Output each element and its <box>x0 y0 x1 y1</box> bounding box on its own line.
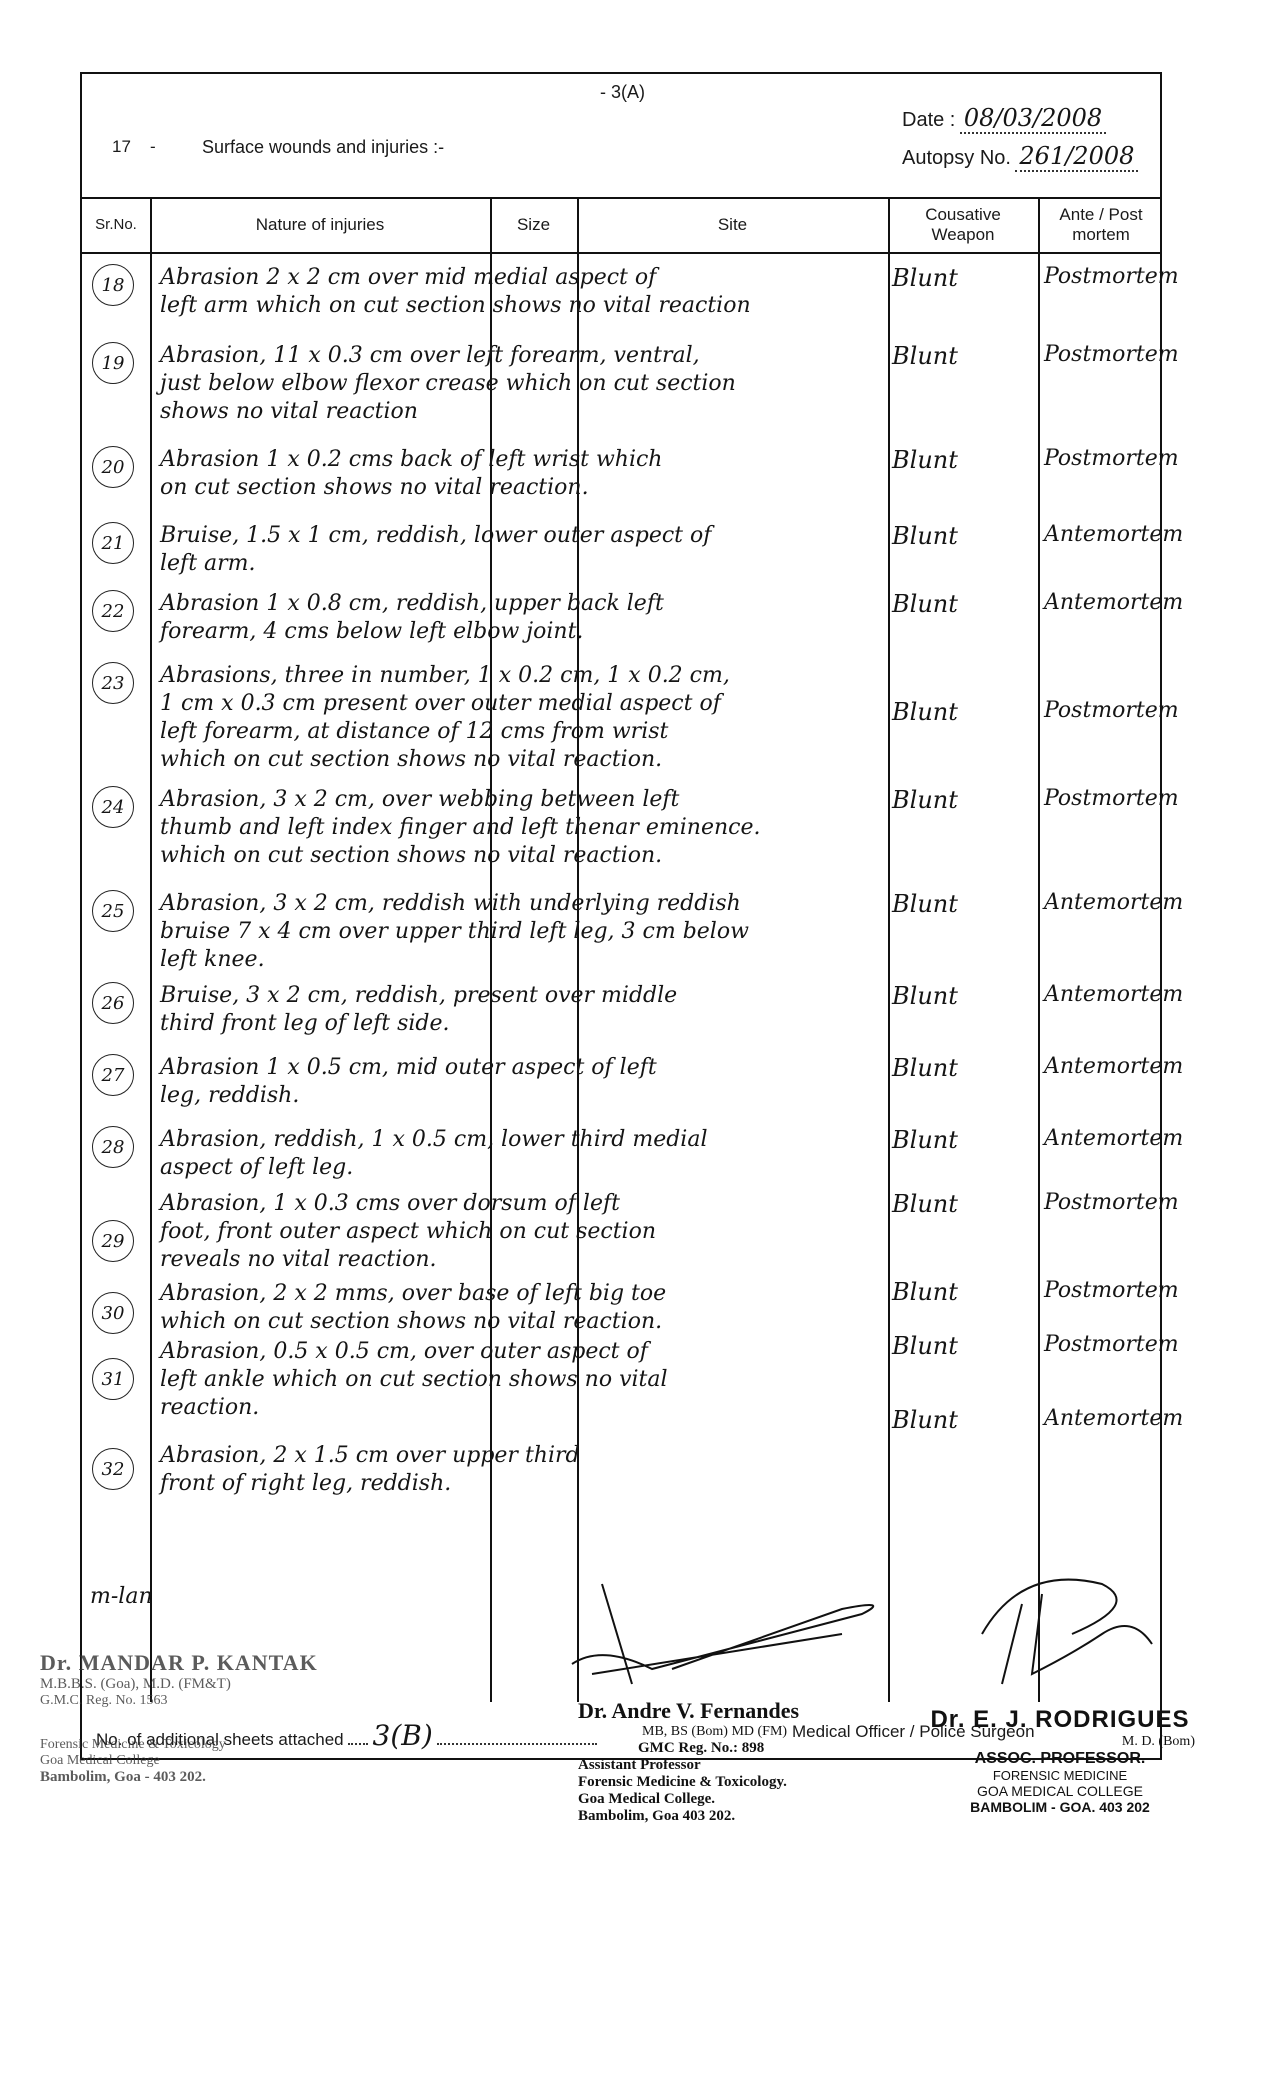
section-title: Surface wounds and injuries :- <box>202 137 444 158</box>
row-ante-post: Postmortem <box>1044 446 1174 471</box>
row-ante-post: Antemortem <box>1044 590 1174 615</box>
stamp-left-address: Bambolim, Goa - 403 202. <box>40 1769 400 1786</box>
row-nature: Abrasions, three in number, 1 x 0.2 cm, … <box>160 662 940 774</box>
col-divider-srno <box>150 197 152 1702</box>
stamp-center-college: Goa Medical College. <box>578 1791 918 1808</box>
row-sr-no: 28 <box>92 1126 134 1168</box>
row-nature: Abrasion, 2 x 1.5 cm over upper third fr… <box>160 1442 940 1498</box>
row-weapon: Blunt <box>892 522 1042 550</box>
injuries-form: 17 - Surface wounds and injuries :- Date… <box>80 72 1162 1760</box>
header-size: Size <box>490 199 577 251</box>
stamp-right-title: ASSOC. PROFESSOR. <box>915 1750 1205 1768</box>
section-bullet: - <box>150 137 156 157</box>
row-weapon: Blunt <box>892 1190 1042 1218</box>
stamp-center-reg: GMC Reg. No.: 898 <box>578 1740 918 1757</box>
stamp-center-degrees: MB, BS (Bom) MD (FM) <box>578 1724 918 1740</box>
stamp-left-name: Dr. MANDAR P. KANTAK <box>40 1650 400 1676</box>
date-label: Date : <box>902 109 955 131</box>
stamp-right-name: Dr. E. J. RODRIGUES <box>915 1706 1205 1734</box>
row-sr-no: 18 <box>92 264 134 306</box>
row-nature: Bruise, 1.5 x 1 cm, reddish, lower outer… <box>160 522 940 578</box>
row-sr-no: 23 <box>92 662 134 704</box>
stamp-center-name: Dr. Andre V. Fernandes <box>578 1698 918 1724</box>
stamp-right-college: GOA MEDICAL COLLEGE <box>915 1783 1205 1799</box>
header-site: Site <box>577 199 888 251</box>
row-nature: Abrasion 1 x 0.5 cm, mid outer aspect of… <box>160 1054 940 1110</box>
row-nature: Abrasion, 0.5 x 0.5 cm, over outer aspec… <box>160 1338 940 1422</box>
stamp-left-degrees: M.B.B.S. (Goa), M.D. (FM&T) <box>40 1676 400 1693</box>
row-sr-no: 31 <box>92 1358 134 1400</box>
row-nature: Abrasion, 11 x 0.3 cm over left forearm,… <box>160 342 940 426</box>
row-ante-post: Postmortem <box>1044 1332 1174 1357</box>
row-weapon: Blunt <box>892 1406 1042 1434</box>
stamp-right-dept: FORENSIC MEDICINE <box>915 1768 1205 1783</box>
row-sr-no: 20 <box>92 446 134 488</box>
row-weapon: Blunt <box>892 342 1042 370</box>
row-weapon: Blunt <box>892 1054 1042 1082</box>
stamp-right: Dr. E. J. RODRIGUES M. D. (Bom) ASSOC. P… <box>915 1706 1205 1815</box>
row-nature: Abrasion, 2 x 2 mms, over base of left b… <box>160 1280 940 1336</box>
row-sr-no: 22 <box>92 590 134 632</box>
row-weapon: Blunt <box>892 890 1042 918</box>
stamp-center-title: Assistant Professor <box>578 1757 918 1774</box>
stamp-center: Dr. Andre V. Fernandes MB, BS (Bom) MD (… <box>578 1698 918 1825</box>
row-sr-no: 27 <box>92 1054 134 1096</box>
row-weapon: Blunt <box>892 446 1042 474</box>
row-weapon: Blunt <box>892 1332 1042 1360</box>
row-nature: Abrasion 2 x 2 cm over mid medial aspect… <box>160 264 940 320</box>
autopsy-field: Autopsy No. 261/2008 <box>902 142 1182 170</box>
stamp-left: Dr. MANDAR P. KANTAK M.B.B.S. (Goa), M.D… <box>40 1650 400 1786</box>
header-sr-no: Sr.No. <box>82 199 150 251</box>
header-weapon: Cousative Weapon <box>892 199 1034 251</box>
signature-fernandes <box>562 1574 902 1694</box>
row-weapon: Blunt <box>892 264 1042 292</box>
row-sr-no: 19 <box>92 342 134 384</box>
row-ante-post: Postmortem <box>1044 698 1174 723</box>
autopsy-label: Autopsy No. <box>902 147 1011 169</box>
row-ante-post: Antemortem <box>1044 522 1174 547</box>
row-weapon: Blunt <box>892 590 1042 618</box>
col-divider-weapon <box>1038 197 1040 1702</box>
row-sr-no: 24 <box>92 786 134 828</box>
stamp-left-college: Goa Medical College <box>40 1753 400 1769</box>
signature-rodrigues <box>962 1574 1182 1694</box>
header-nature: Nature of injuries <box>150 199 490 251</box>
header-ante-post: Ante / Post mortem <box>1040 199 1162 251</box>
stamp-left-dept: Forensic Medicine & Toxicology <box>40 1737 400 1753</box>
autopsy-value: 261/2008 <box>1015 142 1138 172</box>
row-weapon: Blunt <box>892 786 1042 814</box>
row-sr-no: 32 <box>92 1448 134 1490</box>
row-sr-no: 21 <box>92 522 134 564</box>
stamp-right-address: BAMBOLIM - GOA. 403 202 <box>915 1799 1205 1815</box>
row-ante-post: Antemortem <box>1044 982 1174 1007</box>
section-number: 17 <box>112 137 131 157</box>
row-sr-no: 29 <box>92 1220 134 1262</box>
date-value: 08/03/2008 <box>960 104 1106 134</box>
row-ante-post: Antemortem <box>1044 1406 1174 1431</box>
stamp-left-reg: G.M.C. Reg. No. 1563 <box>40 1693 400 1709</box>
row-sr-no: 25 <box>92 890 134 932</box>
row-weapon: Blunt <box>892 1278 1042 1306</box>
row-sr-no: 26 <box>92 982 134 1024</box>
row-ante-post: Postmortem <box>1044 786 1174 811</box>
row-ante-post: Antemortem <box>1044 890 1174 915</box>
row-ante-post: Postmortem <box>1044 264 1174 289</box>
row-nature: Abrasion 1 x 0.2 cms back of left wrist … <box>160 446 940 502</box>
row-nature: Abrasion, reddish, 1 x 0.5 cm, lower thi… <box>160 1126 940 1182</box>
row-nature: Abrasion, 3 x 2 cm, reddish with underly… <box>160 890 940 974</box>
row-nature: Abrasion 1 x 0.8 cm, reddish, upper back… <box>160 590 940 646</box>
row-weapon: Blunt <box>892 982 1042 1010</box>
row-nature: Bruise, 3 x 2 cm, reddish, present over … <box>160 982 940 1038</box>
row-ante-post: Postmortem <box>1044 1190 1174 1215</box>
row-sr-no: 30 <box>92 1292 134 1334</box>
row-ante-post: Antemortem <box>1044 1126 1174 1151</box>
row-ante-post: Antemortem <box>1044 1054 1174 1079</box>
initials: m-lan <box>90 1584 153 1609</box>
column-header-divider <box>82 252 1160 254</box>
stamp-center-dept: Forensic Medicine & Toxicology. <box>578 1774 918 1791</box>
stamp-right-degrees: M. D. (Bom) <box>915 1734 1205 1750</box>
row-weapon: Blunt <box>892 1126 1042 1154</box>
row-nature: Abrasion, 3 x 2 cm, over webbing between… <box>160 786 940 870</box>
row-weapon: Blunt <box>892 698 1042 726</box>
row-nature: Abrasion, 1 x 0.3 cms over dorsum of lef… <box>160 1190 940 1274</box>
row-ante-post: Postmortem <box>1044 1278 1174 1303</box>
date-field: Date : 08/03/2008 <box>902 104 1162 132</box>
row-ante-post: Postmortem <box>1044 342 1174 367</box>
stamp-center-address: Bambolim, Goa 403 202. <box>578 1808 918 1825</box>
